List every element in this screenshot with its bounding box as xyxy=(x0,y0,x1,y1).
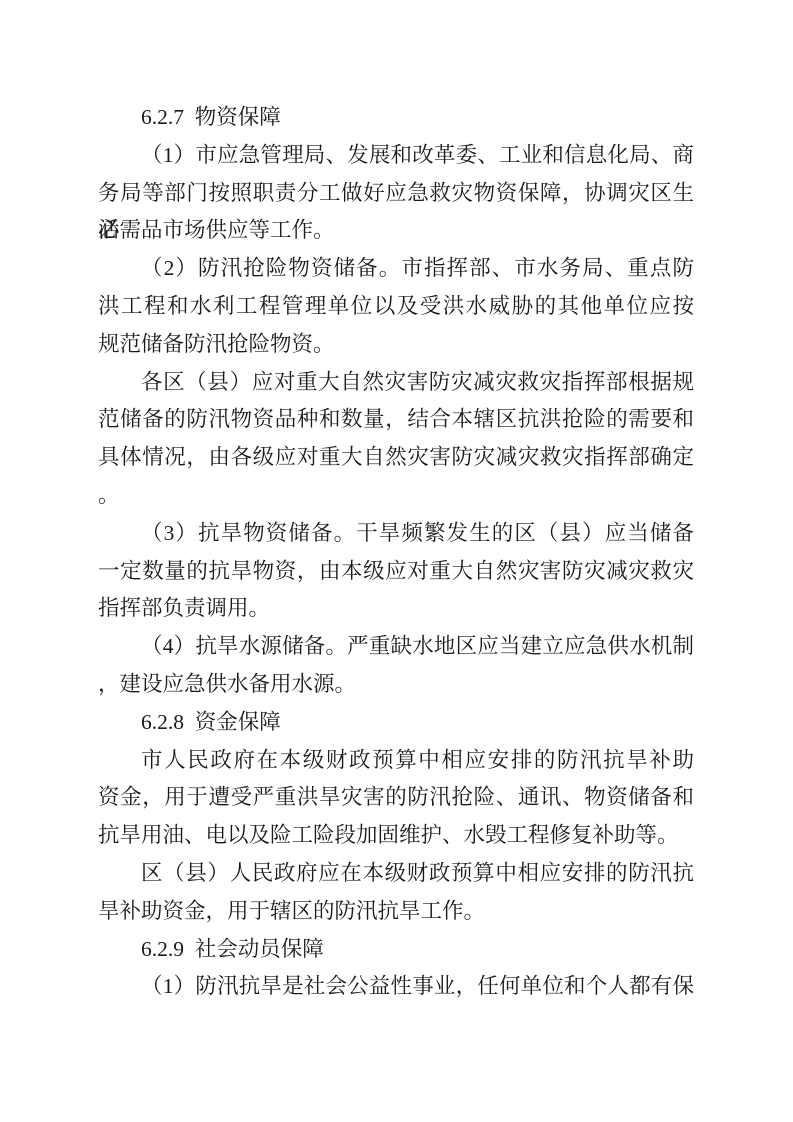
text-line: ，建设应急供水备用水源。 xyxy=(98,666,694,704)
text-line: 一定数量的抗旱物资，由本级应对重大自然灾害防灾减灾救灾 xyxy=(98,553,694,591)
text-line: 范储备的防汛物资品种和数量，结合本辖区抗洪抢险的需要和 xyxy=(98,401,694,439)
text-line: 指挥部负责调用。 xyxy=(98,590,694,628)
document-page: 6.2.7 物资保障（1）市应急管理局、发展和改革委、工业和信息化局、商务局等部… xyxy=(0,0,793,1122)
text-line: 。 xyxy=(98,477,694,515)
text-line: 旱补助资金，用于辖区的防汛抗旱工作。 xyxy=(98,893,694,931)
text-line: 必需品市场供应等工作。 xyxy=(98,212,694,250)
text-line: 抗旱用油、电以及险工险段加固维护、水毁工程修复补助等。 xyxy=(98,817,694,855)
text-line: 规范储备防汛抢险物资。 xyxy=(98,326,694,364)
text-line: （1）市应急管理局、发展和改革委、工业和信息化局、商 xyxy=(98,137,694,175)
text-line: 具体情况，由各级应对重大自然灾害防灾减灾救灾指挥部确定 xyxy=(98,439,694,477)
text-line: 市人民政府在本级财政预算中相应安排的防汛抗旱补助 xyxy=(98,742,694,780)
text-line: （2）防汛抢险物资储备。市指挥部、市水务局、重点防 xyxy=(98,250,694,288)
text-line: 洪工程和水利工程管理单位以及受洪水威胁的其他单位应按 xyxy=(98,288,694,326)
text-line: （4）抗旱水源储备。严重缺水地区应当建立应急供水机制 xyxy=(98,628,694,666)
text-line: （1）防汛抗旱是社会公益性事业，任何单位和个人都有保 xyxy=(98,968,694,1006)
text-line: 务局等部门按照职责分工做好应急救灾物资保障，协调灾区生活 xyxy=(98,175,694,213)
text-line: 区（县）人民政府应在本级财政预算中相应安排的防汛抗 xyxy=(98,855,694,893)
document-text-block: 6.2.7 物资保障（1）市应急管理局、发展和改革委、工业和信息化局、商务局等部… xyxy=(98,99,694,1006)
text-line: （3）抗旱物资储备。干旱频繁发生的区（县）应当储备 xyxy=(98,515,694,553)
text-line: 各区（县）应对重大自然灾害防灾减灾救灾指挥部根据规 xyxy=(98,364,694,402)
section-heading: 6.2.7 物资保障 xyxy=(98,99,694,137)
text-line: 资金，用于遭受严重洪旱灾害的防汛抢险、通讯、物资储备和 xyxy=(98,779,694,817)
section-heading: 6.2.9 社会动员保障 xyxy=(98,931,694,969)
section-heading: 6.2.8 资金保障 xyxy=(98,704,694,742)
